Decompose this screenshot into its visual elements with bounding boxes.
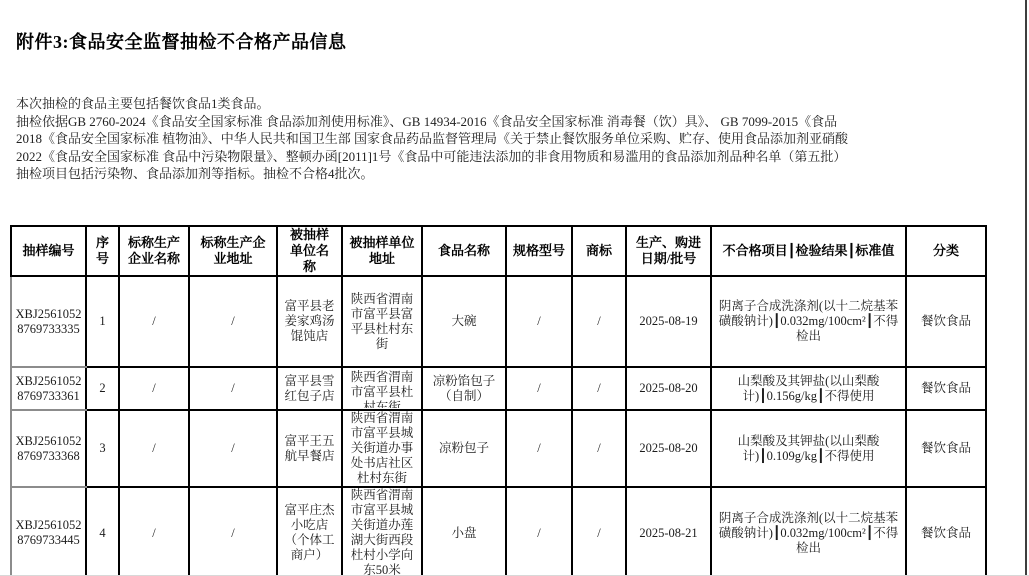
header-cell: 食品名称	[422, 226, 506, 276]
table-cell: 陕西省渭南市富平县富平县杜村东街	[342, 276, 422, 367]
cell-text: 阴离子合成洗涤剂(以十二烷基苯磺酸钠计)┃0.032mg/100cm²┃不得检出	[714, 511, 903, 556]
cell-text: /	[192, 314, 274, 329]
cell-text: XBJ25610528769733368	[14, 434, 83, 464]
table-cell: /	[572, 276, 626, 367]
cell-text: /	[122, 441, 186, 456]
cell-text: 餐饮食品	[909, 441, 983, 456]
table-cell: 2025-08-19	[626, 276, 711, 367]
table-cell: /	[572, 410, 626, 487]
cell-text: 餐饮食品	[909, 526, 983, 541]
cell-text: XBJ25610528769733361	[14, 374, 83, 404]
cell-text: 餐饮食品	[909, 381, 983, 396]
cell-text: XBJ25610528769733335	[14, 307, 83, 337]
table-cell: XBJ25610528769733368	[11, 410, 86, 487]
cell-text: 小盘	[425, 526, 503, 541]
table-cell: /	[189, 276, 277, 367]
table-cell: 凉粉包子	[422, 410, 506, 487]
cell-text: /	[509, 526, 569, 541]
cell-text: /	[122, 314, 186, 329]
header-cell: 标称生产企业地址	[189, 226, 277, 276]
table-header-row: 抽样编号序号标称生产企业名称标称生产企业地址被抽样单位名称被抽样单位地址食品名称…	[11, 226, 986, 276]
table-cell: 富平庄杰小吃店（个体工商户）	[277, 487, 342, 576]
cell-text: 2025-08-21	[629, 526, 708, 541]
table-cell: /	[119, 487, 189, 576]
cell-text: /	[509, 441, 569, 456]
cell-text: /	[509, 381, 569, 396]
table-cell: 凉粉馅包子（自制）	[422, 367, 506, 410]
unqualified-products-table: 抽样编号序号标称生产企业名称标称生产企业地址被抽样单位名称被抽样单位地址食品名称…	[10, 225, 987, 576]
table-cell: XBJ25610528769733445	[11, 487, 86, 576]
cell-text: 陕西省渭南市富平县富平县杜村东街	[345, 292, 419, 352]
table-row: XBJ256105287697333351//富平县老姜家鸡汤馄饨店陕西省渭南市…	[11, 276, 986, 367]
paragraph-line: 2022《食品安全国家标准 食品中污染物限量》、整顿办函[2011]1号《食品中…	[16, 148, 1024, 166]
cell-text: 3	[89, 441, 116, 456]
cell-text: /	[509, 314, 569, 329]
table-cell: 3	[86, 410, 119, 487]
paragraph-line: 本次抽检的食品主要包括餐饮食品1类食品。	[16, 95, 1024, 113]
table-cell: 餐饮食品	[906, 276, 986, 367]
table-cell: 餐饮食品	[906, 367, 986, 410]
cell-text: 陕西省渭南市富平县城关街道办莲湖大街西段杜村小学向东50米	[345, 488, 419, 576]
cell-text: 1	[89, 314, 116, 329]
table-cell: /	[506, 410, 572, 487]
table-cell: 2025-08-21	[626, 487, 711, 576]
table-cell: 富平县老姜家鸡汤馄饨店	[277, 276, 342, 367]
cell-text: 凉粉包子	[425, 441, 503, 456]
table-row: XBJ256105287697334454//富平庄杰小吃店（个体工商户）陕西省…	[11, 487, 986, 576]
cell-text: 富平王五航早餐店	[280, 434, 339, 464]
table-cell: 2025-08-20	[626, 367, 711, 410]
header-cell: 被抽样单位名称	[277, 226, 342, 276]
header-cell: 商标	[572, 226, 626, 276]
cell-text: /	[575, 526, 623, 541]
table-cell: /	[119, 410, 189, 487]
table-cell: 山梨酸及其钾盐(以山梨酸计)┃0.156g/kg┃不得使用	[711, 367, 906, 410]
cell-text: 陕西省渭南市富平县杜村东街	[345, 370, 419, 408]
table-cell: 阴离子合成洗涤剂(以十二烷基苯磺酸钠计)┃0.032mg/100cm²┃不得检出	[711, 276, 906, 367]
cell-text: /	[192, 381, 274, 396]
cell-text: /	[575, 441, 623, 456]
table-cell: 1	[86, 276, 119, 367]
cell-text: 陕西省渭南市富平县城关街道办事处书店社区杜村东街	[345, 411, 419, 486]
table-cell: /	[506, 487, 572, 576]
header-cell: 规格型号	[506, 226, 572, 276]
window-right-edge	[1025, 0, 1027, 576]
table-row: XBJ256105287697333683//富平王五航早餐店陕西省渭南市富平县…	[11, 410, 986, 487]
cell-text: 富平县老姜家鸡汤馄饨店	[280, 299, 339, 344]
table-cell: 富平王五航早餐店	[277, 410, 342, 487]
cell-text: /	[122, 381, 186, 396]
header-cell: 序号	[86, 226, 119, 276]
table-cell: 陕西省渭南市富平县城关街道办事处书店社区杜村东街	[342, 410, 422, 487]
paragraph-line: 2018《食品安全国家标准 植物油》、中华人民共和国卫生部 国家食品药品监督管理…	[16, 130, 1024, 148]
table-cell: 阴离子合成洗涤剂(以十二烷基苯磺酸钠计)┃0.032mg/100cm²┃不得检出	[711, 487, 906, 576]
table-cell: /	[572, 487, 626, 576]
table-cell: 小盘	[422, 487, 506, 576]
cell-text: /	[575, 314, 623, 329]
cell-text: 大碗	[425, 314, 503, 329]
cell-text: /	[575, 381, 623, 396]
cell-text: 2025-08-19	[629, 314, 708, 329]
paragraph-line: 抽检依据GB 2760-2024《食品安全国家标准 食品添加剂使用标准》、GB …	[16, 113, 1024, 131]
cell-text: /	[122, 526, 186, 541]
table-cell: 大碗	[422, 276, 506, 367]
table-cell: /	[189, 487, 277, 576]
header-cell: 生产、购进日期/批号	[626, 226, 711, 276]
cell-text: 阴离子合成洗涤剂(以十二烷基苯磺酸钠计)┃0.032mg/100cm²┃不得检出	[714, 299, 903, 344]
cell-text: XBJ25610528769733445	[14, 518, 83, 548]
cell-text: 山梨酸及其钾盐(以山梨酸计)┃0.156g/kg┃不得使用	[714, 374, 903, 404]
table-cell: 山梨酸及其钾盐(以山梨酸计)┃0.109g/kg┃不得使用	[711, 410, 906, 487]
header-cell: 分类	[906, 226, 986, 276]
cell-text: /	[192, 526, 274, 541]
table-cell: XBJ25610528769733335	[11, 276, 86, 367]
table-cell: XBJ25610528769733361	[11, 367, 86, 410]
table-cell: 2	[86, 367, 119, 410]
cell-text: /	[192, 441, 274, 456]
page-title: 附件3:食品安全监督抽检不合格产品信息	[16, 28, 347, 54]
table-cell: /	[119, 276, 189, 367]
header-cell: 标称生产企业名称	[119, 226, 189, 276]
header-cell: 不合格项目┃检验结果┃标准值	[711, 226, 906, 276]
table-cell: 餐饮食品	[906, 487, 986, 576]
cell-text: 4	[89, 526, 116, 541]
table-cell: 陕西省渭南市富平县杜村东街	[342, 367, 422, 410]
cell-text: 富平庄杰小吃店（个体工商户）	[280, 503, 339, 563]
cell-text: 山梨酸及其钾盐(以山梨酸计)┃0.109g/kg┃不得使用	[714, 434, 903, 464]
cell-text: 2025-08-20	[629, 381, 708, 396]
paragraph-line: 抽检项目包括污染物、食品添加剂等指标。抽检不合格4批次。	[16, 165, 1024, 183]
cell-text: 2025-08-20	[629, 441, 708, 456]
cell-text: 富平县雪红包子店	[280, 374, 339, 404]
table-cell: 2025-08-20	[626, 410, 711, 487]
table-row: XBJ256105287697333612//富平县雪红包子店陕西省渭南市富平县…	[11, 367, 986, 410]
table-cell: /	[506, 276, 572, 367]
table-cell: 富平县雪红包子店	[277, 367, 342, 410]
table-cell: /	[506, 367, 572, 410]
table-cell: 餐饮食品	[906, 410, 986, 487]
cell-text: 2	[89, 381, 116, 396]
header-cell: 抽样编号	[11, 226, 86, 276]
table-cell: 陕西省渭南市富平县城关街道办莲湖大街西段杜村小学向东50米	[342, 487, 422, 576]
table-cell: /	[189, 367, 277, 410]
table-cell: 4	[86, 487, 119, 576]
cell-text: 凉粉馅包子（自制）	[425, 374, 503, 404]
table-cell: /	[119, 367, 189, 410]
header-cell: 被抽样单位地址	[342, 226, 422, 276]
intro-paragraph: 本次抽检的食品主要包括餐饮食品1类食品。抽检依据GB 2760-2024《食品安…	[16, 95, 1024, 183]
cell-text: 餐饮食品	[909, 314, 983, 329]
table-cell: /	[572, 367, 626, 410]
table-cell: /	[189, 410, 277, 487]
